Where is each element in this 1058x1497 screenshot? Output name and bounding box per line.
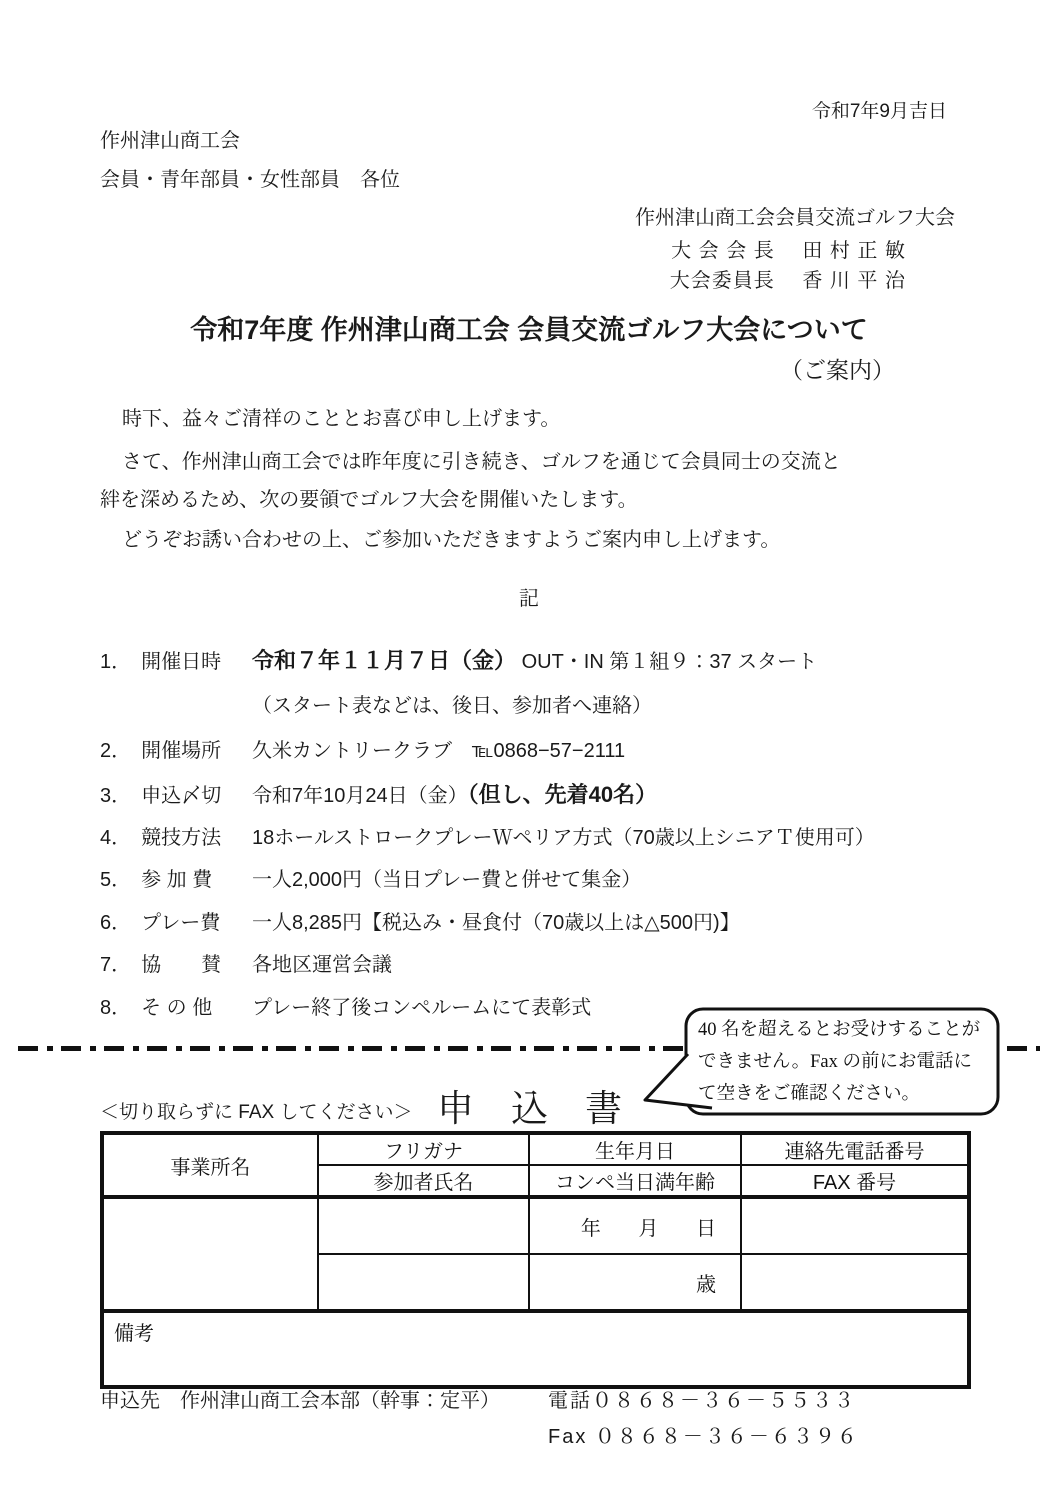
addressee-members: 会員・青年部員・女性部員 各位 [100,163,400,192]
list-item-venue: 2．開催場所 久米カントリークラブ ℡0868−57−2111 [100,734,625,763]
apply-to-line: 申込先 作州津山商工会本部（幹事：定平） [100,1384,500,1413]
callout-line-3: て空きをご確認ください。 [698,1078,994,1110]
list-item-play-fee: 6．プレー費 一人8,285円【税込み・昼食付（70歳以上は△500円)】 [100,906,740,935]
body-paragraph-line1: さて、作州津山商工会では昨年度に引き続き、ゴルフを通じて会員同士の交流と [122,445,841,474]
item-7-label: 協 賛 [141,954,221,976]
item-4-pre: 18ホールストロークプレーＷペリア方式（70歳以上シニアＴ使用可） [252,827,875,849]
list-item-deadline: 3．申込〆切 令和7年10月24日（金）（但し、先着40名） [100,778,657,809]
col-header-age-on-day: コンペ当日満年齢 [529,1165,741,1197]
item-5-value: 一人2,000円（当日プレー費と併せて集金） [252,863,641,892]
item-5-label: 参 加 費 [141,869,212,891]
item-2-number: 2． [100,740,131,762]
item-6-label: プレー費 [141,912,220,934]
item-6-number: 6． [100,912,131,934]
item-7-number: 7． [100,954,131,976]
invitation-paragraph: どうぞお誘い合わせの上、ご参加いただきますようご案内申し上げます。 [122,523,780,552]
item-3-value: 令和7年10月24日（金）（但し、先着40名） [252,778,657,809]
item-2-value: 久米カントリークラブ ℡0868−57−2111 [252,734,625,763]
item-8-pre: プレー終了後コンペルームにて表彰式 [252,997,591,1019]
cell-name-blank-2 [318,1254,529,1311]
cell-phone-blank [741,1197,969,1254]
record-mark: 記 [0,582,1058,611]
application-form-title: 申 込 書 [437,1078,622,1132]
contact-fax-number: Fax ０８６８－３６－６３９６ [548,1420,859,1449]
document-page: 令和7年9月吉日 作州津山商工会 会員・青年部員・女性部員 各位 作州津山商工会… [0,0,1058,1497]
list-item-entry-fee: 5．参 加 費 一人2,000円（当日プレー費と併せて集金） [100,863,641,892]
item-2-head: 2．開催場所 [100,734,252,763]
contact-phone-number: 電話０８６８－３６－５５３３ [548,1384,856,1413]
item-5-pre: 一人2,000円（当日プレー費と併せて集金） [252,869,641,891]
col-header-participant-name: 参加者氏名 [318,1165,529,1197]
cell-fax-blank [741,1254,969,1311]
cell-birth-date-ymd: 年 月 日 [529,1197,741,1254]
item-5-head: 5．参 加 費 [100,863,252,892]
item-6-value: 一人8,285円【税込み・昼食付（70歳以上は△500円)】 [252,906,740,935]
list-item-date: 1．開催日時 令和７年１１月７日（金） OUT・IN 第１組９：37 スタート [100,644,817,675]
item-7-value: 各地区運営会議 [252,948,392,977]
addressee-org: 作州津山商工会 [100,124,240,153]
cell-remarks: 備考 [102,1311,969,1387]
fax-instruction-note: ＜切り取らずに FAX してください＞ [100,1097,412,1124]
item-3-bold: （但し、先着40名） [468,782,657,807]
callout-line-2: できません。Fax の前にお電話に [698,1046,994,1078]
document-title: 令和7年度 作州津山商工会 会員交流ゴルフ大会について [0,308,1058,347]
cell-office-name-blank [102,1197,318,1311]
issue-date: 令和7年9月吉日 [812,96,947,123]
item-1-number: 1． [100,651,131,673]
item-8-value: プレー終了後コンペルームにて表彰式 [252,991,591,1020]
item-3-pre: 令和7年10月24日（金） [252,785,468,807]
item-8-label: そ の 他 [141,997,212,1019]
item-1-label: 開催日時 [141,651,221,673]
sender-committee-chair: 大会委員長 香 川 平 治 [670,264,906,293]
list-item-format: 4．競技方法 18ホールストロークプレーＷペリア方式（70歳以上シニアＴ使用可） [100,821,875,850]
col-header-contact-phone: 連絡先電話番号 [741,1133,969,1165]
item-1-bold: 令和７年１１月７日（金） [252,648,516,673]
list-item-sponsor: 7．協 賛 各地区運営会議 [100,948,392,977]
col-header-fax-number: FAX 番号 [741,1165,969,1197]
item-2-label: 開催場所 [141,740,221,762]
item-3-label: 申込〆切 [141,785,221,807]
item-7-head: 7．協 賛 [100,948,252,977]
item-1-value: 令和７年１１月７日（金） OUT・IN 第１組９：37 スタート [252,644,817,675]
col-header-office-name: 事業所名 [102,1133,318,1197]
application-table: 事業所名 フリガナ 生年月日 連絡先電話番号 参加者氏名 コンペ当日満年齢 FA… [100,1131,971,1389]
item-4-label: 競技方法 [141,827,221,849]
item-4-head: 4．競技方法 [100,821,252,850]
item-1-head: 1．開催日時 [100,645,252,674]
capacity-callout-text: 40 名を超えるとお受けすることが できません。Fax の前にお電話に て空きを… [698,1014,994,1110]
item-5-number: 5． [100,869,131,891]
callout-line-1: 40 名を超えるとお受けすることが [698,1014,994,1046]
sender-org: 作州津山商工会会員交流ゴルフ大会 [635,201,955,230]
document-subtitle: （ご案内） [780,352,895,385]
item-1-subnote: （スタート表などは、後日、参加者へ連絡） [252,689,652,718]
item-1-rest: OUT・IN 第１組９：37 スタート [516,651,817,673]
sender-chairman: 大 会 会 長 田 村 正 敏 [671,234,906,263]
item-3-number: 3． [100,785,131,807]
col-header-birth-date: 生年月日 [529,1133,741,1165]
item-8-number: 8． [100,997,131,1019]
capacity-callout-bubble: 40 名を超えるとお受けすることが できません。Fax の前にお電話に て空きを… [638,1006,1002,1120]
item-6-pre: 一人8,285円【税込み・昼食付（70歳以上は△500円)】 [252,912,740,934]
item-8-head: 8．そ の 他 [100,991,252,1020]
item-2-pre: 久米カントリークラブ ℡0868−57−2111 [252,740,625,762]
cell-name-blank-1 [318,1197,529,1254]
item-6-head: 6．プレー費 [100,906,252,935]
col-header-furigana: フリガナ [318,1133,529,1165]
greeting-paragraph: 時下、益々ご清祥のこととお喜び申し上げます。 [122,402,560,431]
list-item-other: 8．そ の 他 プレー終了後コンペルームにて表彰式 [100,991,591,1020]
cell-age-unit: 歳 [529,1254,741,1311]
body-paragraph-line2: 絆を深めるため、次の要領でゴルフ大会を開催いたします。 [100,483,638,512]
item-4-number: 4． [100,827,131,849]
item-3-head: 3．申込〆切 [100,779,252,808]
item-7-pre: 各地区運営会議 [252,954,392,976]
item-4-value: 18ホールストロークプレーＷペリア方式（70歳以上シニアＴ使用可） [252,821,875,850]
